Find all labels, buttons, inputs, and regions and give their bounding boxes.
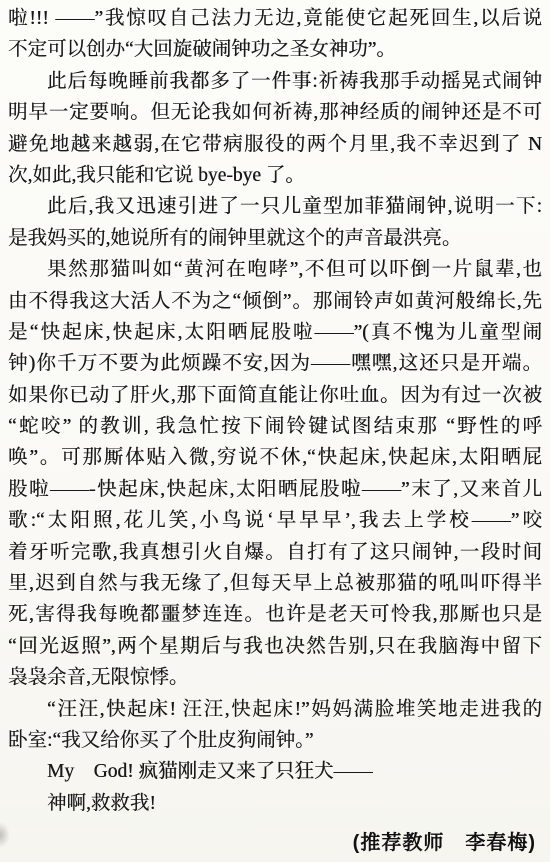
text-line: 此后,我又迅速引进了一只儿童型加菲猫闹钟,说明一下: [8,191,542,222]
text-line: 死,害得我每晚都噩梦连连。也许是老天可怜我,那厮也只是 [8,599,542,630]
text-line: 钟)你千万不要为此烦躁不安,因为——嘿嘿,这还只是开端。 [8,348,542,379]
text-line: 啦!!! ——”我惊叹自己法力无边,竟能使它起死回生,以后说 [8,3,542,34]
recommender-signature: (推荐教师 李春梅) [8,828,542,859]
scan-smudge-artifact [0,822,10,848]
text-line: “回光返照”,两个星期后与我也决然告别,只在我脑海中留下 [8,631,542,662]
text-line: “蛇咬” 的教训, 我急忙按下闹铃键试图结束那 “野性的呼 [8,411,542,442]
text-line: 次,如此,我只能和它说 bye-bye 了。 [8,160,542,191]
text-line: 着牙听完歌,我真想引火自爆。自打有了这只闹钟,一段时间 [8,537,542,568]
text-line: 里,迟到自然与我无缘了,但每天早上总被那猫的吼叫吓得半 [8,568,542,599]
text-line: 股啦——-快起床,快起床,太阳晒屁股啦——”末了,又来首儿 [8,474,542,505]
text-line: 由不得我这大活人不为之“倾倒”。那闹铃声如黄河般绵长,先 [8,286,542,317]
text-line: 是“快起床,快起床,太阳晒屁股啦——”(真不愧为儿童型闹 [8,317,542,348]
text-line: 是我妈买的,她说所有的闹钟里就这个的声音最洪亮。 [8,223,542,254]
text-line: 袅袅余音,无限惊悸。 [8,662,542,693]
text-line: 歌:“太阳照,花儿笑,小鸟说‘早早早’,我去上学校——”咬 [8,505,542,536]
text-line: 唤”。可那厮体贴入微,穷说不休,“快起床,快起床,太阳晒屁 [8,442,542,473]
text-line: 此后每晚睡前我都多了一件事:祈祷我那手动摇晃式闹钟 [8,66,542,97]
text-line: 避免地越来越弱,在它带病服役的两个月里,我不幸迟到了 N [8,129,542,160]
text-line: 如果你已动了肝火,那下面简直能让你吐血。因为有过一次被 [8,380,542,411]
text-line: “汪汪,快起床! 汪汪,快起床!”妈妈满脸堆笑地走进我的 [8,694,542,725]
text-line: 神啊,救救我! [8,788,542,819]
text-line: 果然那猫叫如“黄河在咆哮”,不但可以吓倒一片鼠辈,也 [8,254,542,285]
essay-body: 啦!!! ——”我惊叹自己法力无边,竟能使它起死回生,以后说不定可以创办“大回旋… [8,3,542,819]
text-line: 卧室:“我又给你买了个肚皮狗闹钟。” [8,725,542,756]
text-line: 明早一定要响。但无论我如何祈祷,那神经质的闹钟还是不可 [8,97,542,128]
document-page: 啦!!! ——”我惊叹自己法力无边,竟能使它起死回生,以后说不定可以创办“大回旋… [0,0,550,862]
text-line: 不定可以创办“大回旋破闹钟功之圣女神功”。 [8,34,542,65]
text-line: My God! 疯猫刚走又来了只狂犬—— [8,756,542,787]
